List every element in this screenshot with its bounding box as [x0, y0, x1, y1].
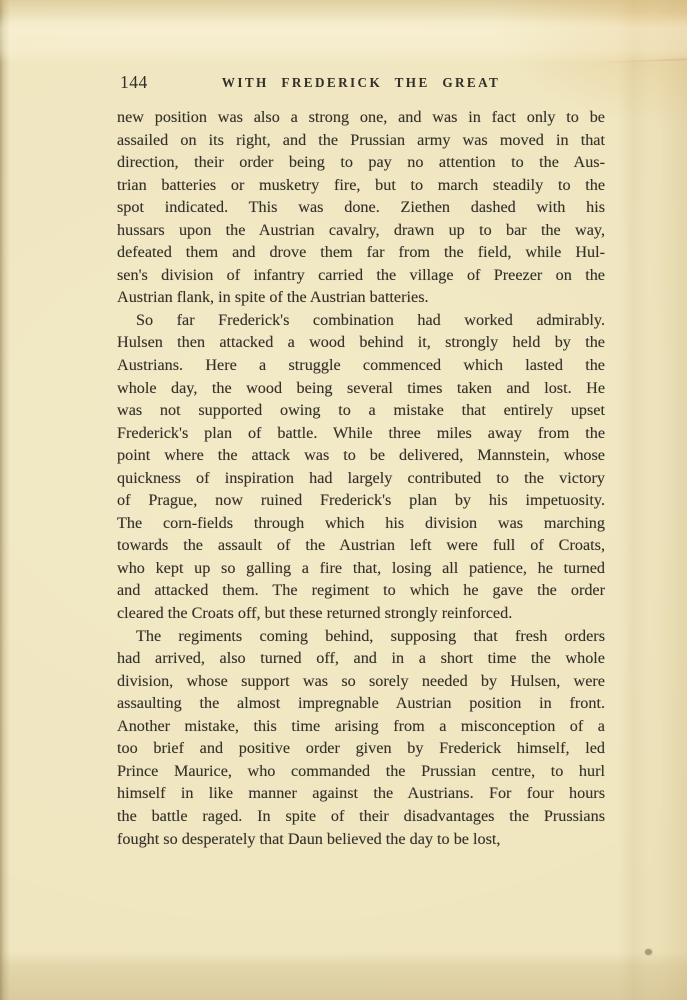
page-number: 144	[120, 72, 148, 93]
paragraph: new position was also a strong one, and …	[117, 106, 605, 309]
text-line: sen's division of infantry carried the v…	[117, 264, 605, 287]
text-line: point where the attack was to be deliver…	[117, 444, 605, 467]
text-line: trian batteries or musketry fire, but to…	[117, 174, 605, 197]
text-line: Prince Maurice, who commanded the Prussi…	[117, 760, 605, 783]
text-line: too brief and positive order given by Fr…	[117, 737, 605, 760]
text-line: Another mistake, this time arising from …	[117, 715, 605, 738]
page-body: new position was also a strong one, and …	[117, 106, 605, 850]
text-line: The regiments coming behind, supposing t…	[117, 625, 605, 648]
text-line: Austrians. Here a struggle commenced whi…	[117, 354, 605, 377]
text-line: cleared the Croats off, but these return…	[117, 602, 605, 625]
page-crease	[597, 58, 687, 63]
text-line: whole day, the wood being several times …	[117, 377, 605, 400]
paper-speck	[645, 949, 652, 955]
text-line: the battle raged. In spite of their disa…	[117, 805, 605, 828]
text-line: spot indicated. This was done. Ziethen d…	[117, 196, 605, 219]
text-line: and attacked them. The regiment to which…	[117, 579, 605, 602]
text-line: assailed on its right, and the Prussian …	[117, 129, 605, 152]
text-line: Frederick's plan of battle. While three …	[117, 422, 605, 445]
text-line: Austrian flank, in spite of the Austrian…	[117, 286, 605, 309]
paragraph: So far Frederick's combination had worke…	[117, 309, 605, 625]
text-line: of Prague, now ruined Frederick's plan b…	[117, 489, 605, 512]
text-line: himself in like manner against the Austr…	[117, 782, 605, 805]
running-header: 144 WITH FREDERICK THE GREAT	[117, 72, 605, 94]
text-line: quickness of inspiration had largely con…	[117, 467, 605, 490]
text-line: towards the assault of the Austrian left…	[117, 534, 605, 557]
text-line: division, whose support was so sorely ne…	[117, 670, 605, 693]
text-line: new position was also a strong one, and …	[117, 106, 605, 129]
text-line: direction, their order being to pay no a…	[117, 151, 605, 174]
text-line: assaulting the almost impregnable Austri…	[117, 692, 605, 715]
text-line: So far Frederick's combination had worke…	[117, 309, 605, 332]
text-line: who kept up so galling a fire that, losi…	[117, 557, 605, 580]
text-line: had arrived, also turned off, and in a s…	[117, 647, 605, 670]
book-page-scan: 144 WITH FREDERICK THE GREAT new positio…	[0, 0, 687, 1000]
paragraph: The regiments coming behind, supposing t…	[117, 625, 605, 850]
text-line: defeated them and drove them far from th…	[117, 241, 605, 264]
text-line: hussars upon the Austrian cavalry, drawn…	[117, 219, 605, 242]
text-line: was not supported owing to a mistake tha…	[117, 399, 605, 422]
text-line: Hulsen then attacked a wood behind it, s…	[117, 331, 605, 354]
running-head-title: WITH FREDERICK THE GREAT	[222, 75, 501, 91]
text-line: The corn-fields through which his divisi…	[117, 512, 605, 535]
text-line: fought so desperately that Daun believed…	[117, 828, 605, 851]
